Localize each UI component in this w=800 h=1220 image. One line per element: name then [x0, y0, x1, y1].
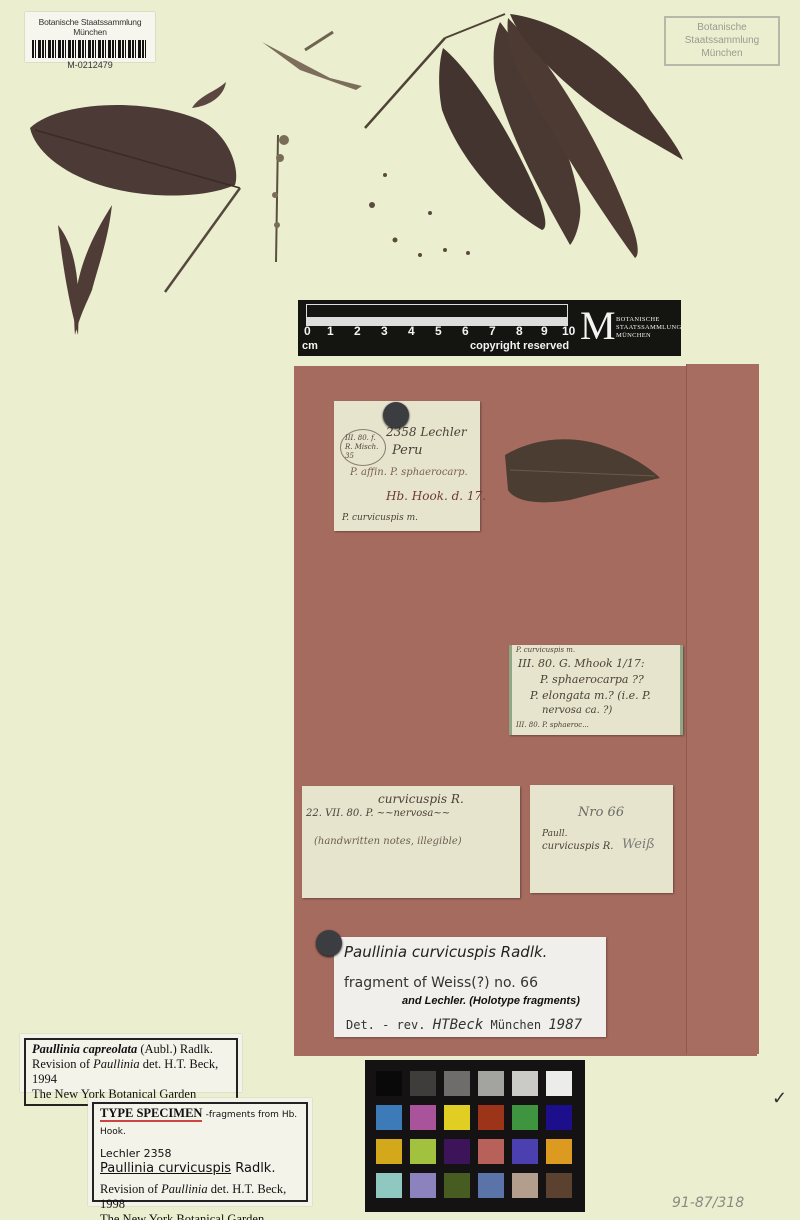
det-text: fragment of Weiss(?) no. 66	[344, 975, 538, 991]
taxon-name: Paullinia curvicuspis	[100, 1161, 231, 1176]
type-heading: TYPE SPECIMEN	[100, 1106, 202, 1122]
det-name: HTBeck	[433, 1017, 484, 1033]
color-swatch	[444, 1173, 470, 1198]
taxon-line: Paullinia curvicuspis Radlk.	[100, 1161, 300, 1176]
radlkofer-determination-label: P. curvicuspis m. III. 80. G. Mhook 1/17…	[509, 645, 683, 735]
accession-number: 91-87/318	[672, 1195, 744, 1211]
label-text: Paull.	[542, 829, 567, 839]
beck-determination-label: Paullinia curvicuspis Radlk. fragment of…	[334, 937, 606, 1037]
label-text: III. 80. P. sphaeroc...	[516, 721, 589, 729]
color-swatch	[512, 1071, 538, 1096]
taxon-author: (Aubl.) Radlk.	[140, 1042, 213, 1056]
label-text: III. 80. f. R. Misch. 35	[340, 429, 386, 466]
det-taxon: Paullinia curvicuspis Radlk.	[344, 943, 547, 961]
label-text: curvicuspis R.	[378, 792, 464, 806]
color-swatch	[410, 1139, 436, 1164]
color-swatch	[512, 1105, 538, 1130]
heading-line: TYPE SPECIMEN -fragments from Hb. Hook.	[100, 1106, 300, 1140]
color-swatch	[410, 1071, 436, 1096]
det-line: Det. - rev. HTBeck München 1987	[346, 1017, 582, 1033]
revision-prefix: Revision of	[100, 1182, 158, 1196]
nybg-label-1994: Paullinia capreolata (Aubl.) Radlk. Revi…	[20, 1034, 242, 1092]
label-text: P. affin. P. sphaerocarp.	[350, 467, 468, 478]
color-swatch	[478, 1173, 504, 1198]
color-swatch	[376, 1071, 402, 1096]
color-swatch	[546, 1071, 572, 1096]
revision-line: Revision of Paullinia det. H.T. Beck, 19…	[32, 1057, 230, 1087]
color-swatches	[376, 1071, 572, 1198]
color-swatch	[478, 1105, 504, 1130]
color-swatch	[444, 1071, 470, 1096]
institution: The New York Botanical Garden	[100, 1212, 300, 1220]
color-swatch	[444, 1139, 470, 1164]
det-text: and Lechler. (Holotype fragments)	[402, 995, 580, 1007]
taxon-line: Paullinia capreolata (Aubl.) Radlk.	[32, 1042, 230, 1057]
label-text: P. curvicuspis m.	[516, 646, 575, 654]
color-swatch	[546, 1139, 572, 1164]
revision-prefix: Revision of	[32, 1057, 90, 1071]
label-text: Nro 66	[578, 805, 624, 820]
color-swatch	[376, 1173, 402, 1198]
color-swatch	[512, 1173, 538, 1198]
label-text: curvicuspis R.	[542, 841, 613, 852]
revision-genus: Paullinia	[93, 1057, 140, 1071]
det-year: 1987	[548, 1017, 582, 1033]
color-swatch	[410, 1105, 436, 1130]
label-text: nervosa ca. ?)	[542, 705, 612, 716]
det-place: München	[491, 1018, 542, 1032]
color-swatch	[410, 1173, 436, 1198]
taxon-name: Paullinia capreolata	[32, 1042, 137, 1056]
revision-line: Revision of Paullinia det. H.T. Beck, 19…	[100, 1182, 300, 1212]
label-text: Hb. Hook. d. 17.	[386, 489, 486, 503]
color-swatch	[546, 1105, 572, 1130]
color-swatch	[478, 1071, 504, 1096]
color-swatch	[546, 1173, 572, 1198]
radlkofer-notes-label: curvicuspis R. 22. VII. 80. P. ~~nervosa…	[302, 786, 520, 898]
color-swatch	[512, 1139, 538, 1164]
nybg-type-specimen-label: TYPE SPECIMEN -fragments from Hb. Hook. …	[88, 1098, 312, 1206]
collector: Lechler 2358	[100, 1146, 300, 1161]
label-text: P. curvicuspis m.	[342, 513, 418, 523]
label-text: Peru	[392, 443, 422, 458]
nybg-label-inner: Paullinia capreolata (Aubl.) Radlk. Revi…	[24, 1038, 238, 1106]
label-text: 22. VII. 80. P. ~~nervosa~~	[306, 808, 450, 819]
revision-genus: Paullinia	[161, 1182, 208, 1196]
label-text: (handwritten notes, illegible)	[314, 836, 462, 847]
label-text: P. elongata m.? (i.e. P.	[530, 689, 651, 702]
color-swatch	[376, 1105, 402, 1130]
label-text: III. 80. G. Mhook 1/17:	[518, 657, 645, 670]
label-text: P. sphaerocarpa ??	[540, 673, 644, 686]
pin	[316, 930, 342, 956]
taxon-author: Radlk.	[235, 1161, 275, 1176]
color-swatch	[376, 1139, 402, 1164]
label-text: Weiß	[622, 837, 655, 852]
color-swatch	[478, 1139, 504, 1164]
det-prefix: Det. - rev.	[346, 1018, 425, 1032]
color-calibration-card	[365, 1060, 585, 1212]
checkmark-icon: ✓	[772, 1088, 787, 1109]
color-swatch	[444, 1105, 470, 1130]
pin	[383, 402, 409, 428]
weiss-collection-label: Nro 66 Paull. curvicuspis R. Weiß	[530, 785, 673, 893]
nybg-label-inner: TYPE SPECIMEN -fragments from Hb. Hook. …	[92, 1102, 308, 1202]
